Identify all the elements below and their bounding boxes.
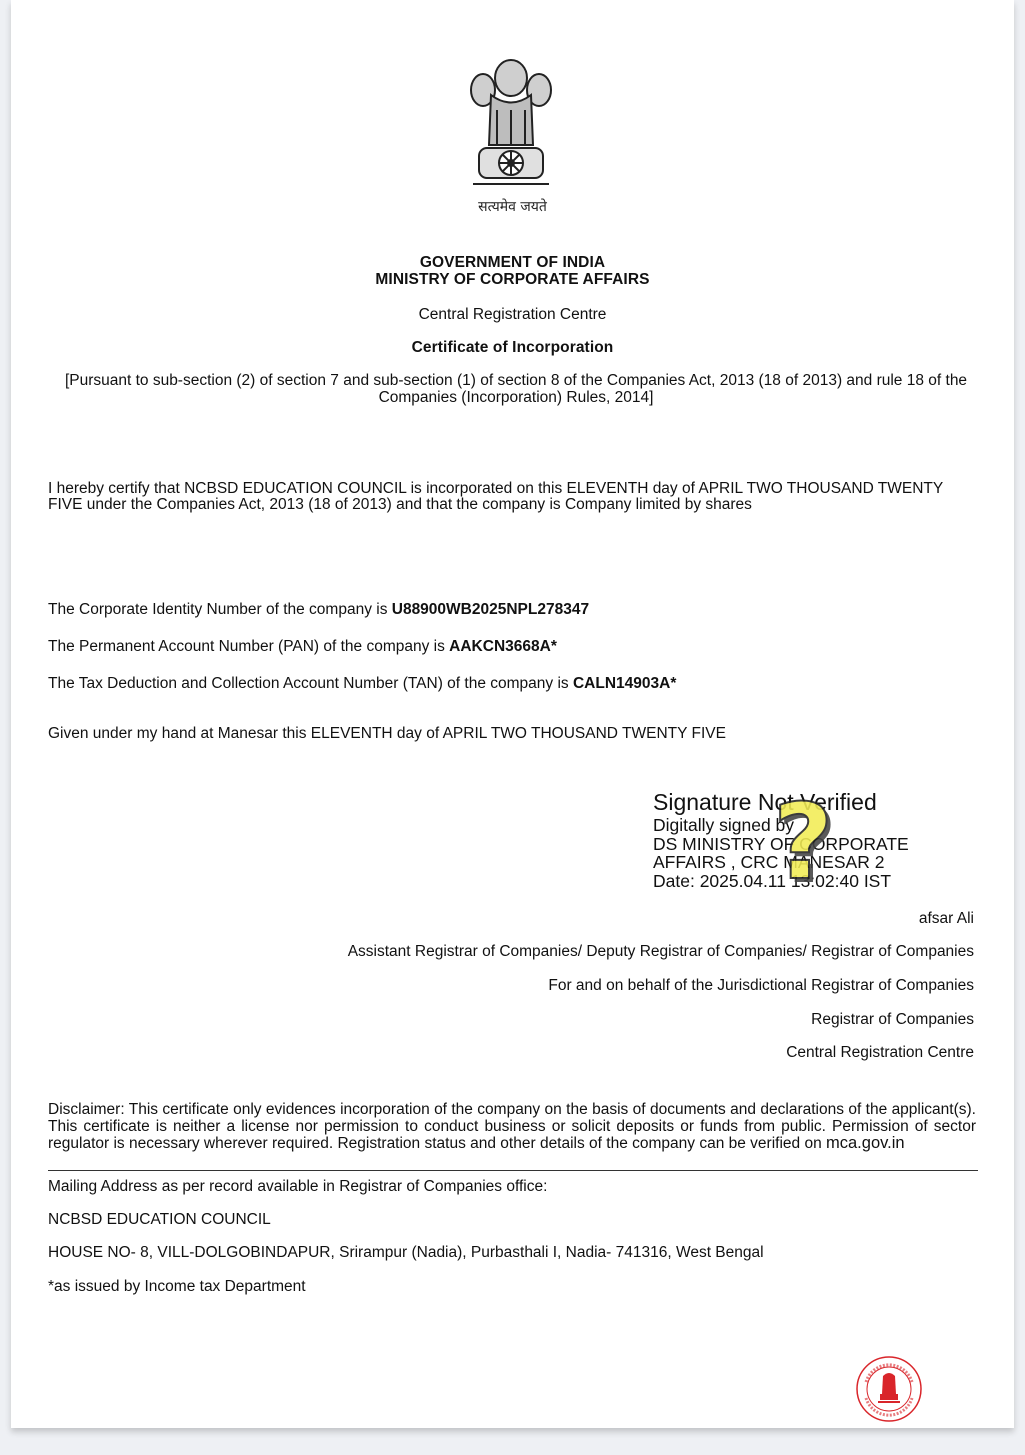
header-centre: Central Registration Centre	[11, 306, 1014, 324]
signer-name: afsar Ali	[919, 910, 974, 928]
pan-label: The Permanent Account Number (PAN) of th…	[48, 638, 449, 655]
pursuant-clause: [Pursuant to sub-section (2) of section …	[55, 372, 977, 406]
tan-value: CALN14903A*	[573, 675, 676, 692]
tan-label: The Tax Deduction and Collection Account…	[48, 675, 573, 692]
certificate-page: सत्यमेव जयते GOVERNMENT OF INDIA MINISTR…	[11, 0, 1014, 1428]
tan-line: The Tax Deduction and Collection Account…	[48, 675, 676, 693]
certify-statement: I hereby certify that NCBSD EDUCATION CO…	[48, 481, 978, 513]
registrar-behalf: For and on behalf of the Jurisdictional …	[548, 977, 974, 995]
pan-value: AAKCN3668A*	[449, 638, 557, 655]
cin-value: U88900WB2025NPL278347	[392, 601, 589, 618]
certificate-title: Certificate of Incorporation	[11, 339, 1014, 357]
divider	[48, 1170, 978, 1171]
registrar-centre: Central Registration Centre	[786, 1044, 974, 1062]
ministry-seal-icon	[854, 1354, 924, 1424]
disclaimer: Disclaimer: This certificate only eviden…	[48, 1101, 976, 1152]
footnote: *as issued by Income tax Department	[48, 1278, 306, 1296]
cin-label: The Corporate Identity Number of the com…	[48, 601, 392, 618]
mailing-company: NCBSD EDUCATION COUNCIL	[48, 1211, 271, 1229]
national-emblem-icon	[461, 50, 561, 195]
cin-line: The Corporate Identity Number of the com…	[48, 601, 589, 619]
mailing-label: Mailing Address as per record available …	[48, 1178, 547, 1196]
mailing-address: HOUSE NO- 8, VILL-DOLGOBINDAPUR, Sriramp…	[48, 1244, 764, 1262]
given-under-hand: Given under my hand at Manesar this ELEV…	[48, 725, 726, 743]
header-government: GOVERNMENT OF INDIA	[11, 254, 1014, 272]
motto: सत्यमेव जयते	[11, 197, 1014, 216]
question-mark-icon: ?	[773, 792, 833, 892]
mca-link[interactable]: mca.gov.in	[826, 1134, 905, 1152]
header-ministry: MINISTRY OF CORPORATE AFFAIRS	[11, 271, 1014, 289]
registrar-designation: Assistant Registrar of Companies/ Deputy…	[348, 943, 974, 961]
registrar-office: Registrar of Companies	[811, 1011, 974, 1029]
pan-line: The Permanent Account Number (PAN) of th…	[48, 638, 557, 656]
